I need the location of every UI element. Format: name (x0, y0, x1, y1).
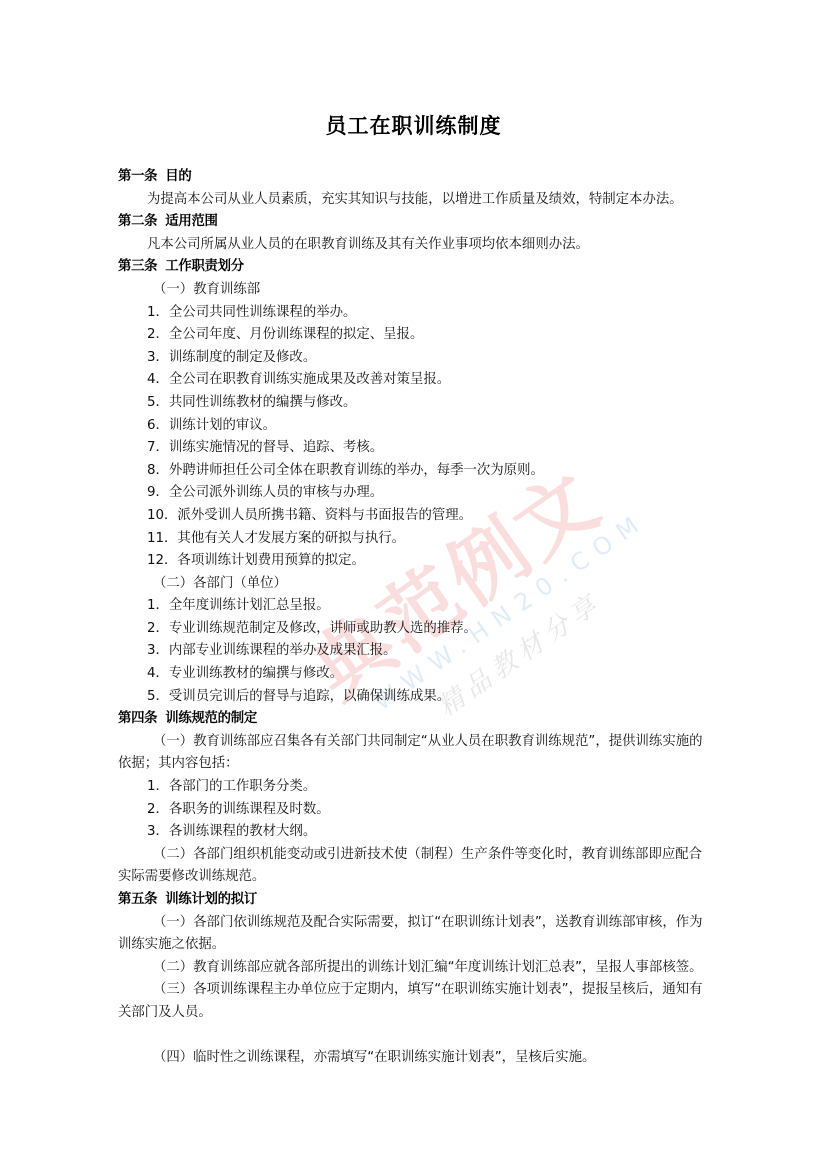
list-item: 10．派外受训人员所携书籍、资料与书面报告的管理。 (118, 505, 744, 528)
list-item: 1．全年度训练计划汇总呈报。 (118, 595, 744, 618)
article-title: 目的 (165, 169, 191, 184)
article-number: 第三条 (118, 259, 157, 274)
article-number: 第五条 (118, 892, 157, 907)
list-item: 1．全公司共同性训练课程的举办。 (118, 302, 744, 325)
paragraph-line: （三）各项训练课程主办单位应于定期内，填写“在职训练实施计划表”，提报呈核后，通… (118, 979, 744, 1002)
list-item: 8．外聘讲师担任公司全体在职教育训练的举办，每季一次为原则。 (118, 460, 744, 483)
list-item: 4．专业训练教材的编撰与修改。 (118, 663, 744, 686)
list-item: 7．训练实施情况的督导、追踪、考核。 (118, 437, 744, 460)
list-item: 5．受训员完训后的督导与追踪，以确保训练成果。 (118, 686, 744, 709)
section-label: （二）各部门（单位） (118, 573, 744, 596)
article-title: 训练计划的拟订 (165, 892, 257, 907)
list-item: 2．各职务的训练课程及时数。 (118, 799, 744, 822)
list-item: 4．全公司在职教育训练实施成果及改善对策呈报。 (118, 369, 744, 392)
article-number: 第二条 (118, 214, 157, 229)
list-item: 2．全公司年度、月份训练课程的拟定、呈报。 (118, 324, 744, 347)
paragraph-line: 关部门及人员。 (118, 1002, 744, 1025)
blank-line (118, 1025, 744, 1048)
article-5-heading: 第五条训练计划的拟订 (118, 889, 744, 912)
article-number: 第四条 (118, 711, 157, 726)
article-title: 适用范围 (165, 214, 217, 229)
paragraph-line: （二）各部门组织机能变动或引进新技术使（制程）生产条件等变化时，教育训练部即应配… (118, 844, 744, 867)
list-item: 6．训练计划的审议。 (118, 415, 744, 438)
list-item: 9．全公司派外训练人员的审核与办理。 (118, 482, 744, 505)
paragraph-line: 依据；其内容包括： (118, 753, 744, 776)
paragraph-line: （一）教育训练部应召集各有关部门共同制定“从业人员在职教育训练规范”，提供训练实… (118, 731, 744, 754)
list-item: 1．各部门的工作职务分类。 (118, 776, 744, 799)
list-item: 12．各项训练计划费用预算的拟定。 (118, 550, 744, 573)
document-page: 典范例文 WWW.HN20.COM 精品教材分享 员工在职训练制度 第一条目的 … (0, 0, 827, 1169)
paragraph-line: （一）各部门依训练规范及配合实际需要，拟订“在职训练计划表”，送教育训练部审核，… (118, 912, 744, 935)
article-number: 第一条 (118, 169, 157, 184)
document-title: 员工在职训练制度 (0, 110, 827, 140)
list-item: 3．各训练课程的教材大纲。 (118, 821, 744, 844)
paragraph-line: 训练实施之依据。 (118, 934, 744, 957)
article-2-heading: 第二条适用范围 (118, 211, 744, 234)
paragraph-line: 实际需要修改训练规范。 (118, 866, 744, 889)
article-2-body: 凡本公司所属从业人员的在职教育训练及其有关作业事项均依本细则办法。 (118, 234, 744, 257)
section-label: （一）教育训练部 (118, 279, 744, 302)
list-item: 3．内部专业训练课程的举办及成果汇报。 (118, 640, 744, 663)
list-item: 11．其他有关人才发展方案的研拟与执行。 (118, 528, 744, 551)
paragraph-line: （二）教育训练部应就各部所提出的训练计划汇编“年度训练计划汇总表”，呈报人事部核… (118, 957, 744, 980)
document-body: 第一条目的 为提高本公司从业人员素质，充实其知识与技能，以增进工作质量及绩效，特… (118, 166, 744, 1070)
article-1-heading: 第一条目的 (118, 166, 744, 189)
paragraph-line: （四）临时性之训练课程，亦需填写“在职训练实施计划表”，呈核后实施。 (118, 1047, 744, 1070)
article-1-body: 为提高本公司从业人员素质，充实其知识与技能，以增进工作质量及绩效，特制定本办法。 (118, 189, 744, 212)
list-item: 5．共同性训练教材的编撰与修改。 (118, 392, 744, 415)
article-4-heading: 第四条训练规范的制定 (118, 708, 744, 731)
list-item: 2．专业训练规范制定及修改，讲师或助教人选的推荐。 (118, 618, 744, 641)
article-title: 训练规范的制定 (165, 711, 257, 726)
article-title: 工作职责划分 (165, 259, 244, 274)
list-item: 3．训练制度的制定及修改。 (118, 347, 744, 370)
article-3-heading: 第三条工作职责划分 (118, 256, 744, 279)
